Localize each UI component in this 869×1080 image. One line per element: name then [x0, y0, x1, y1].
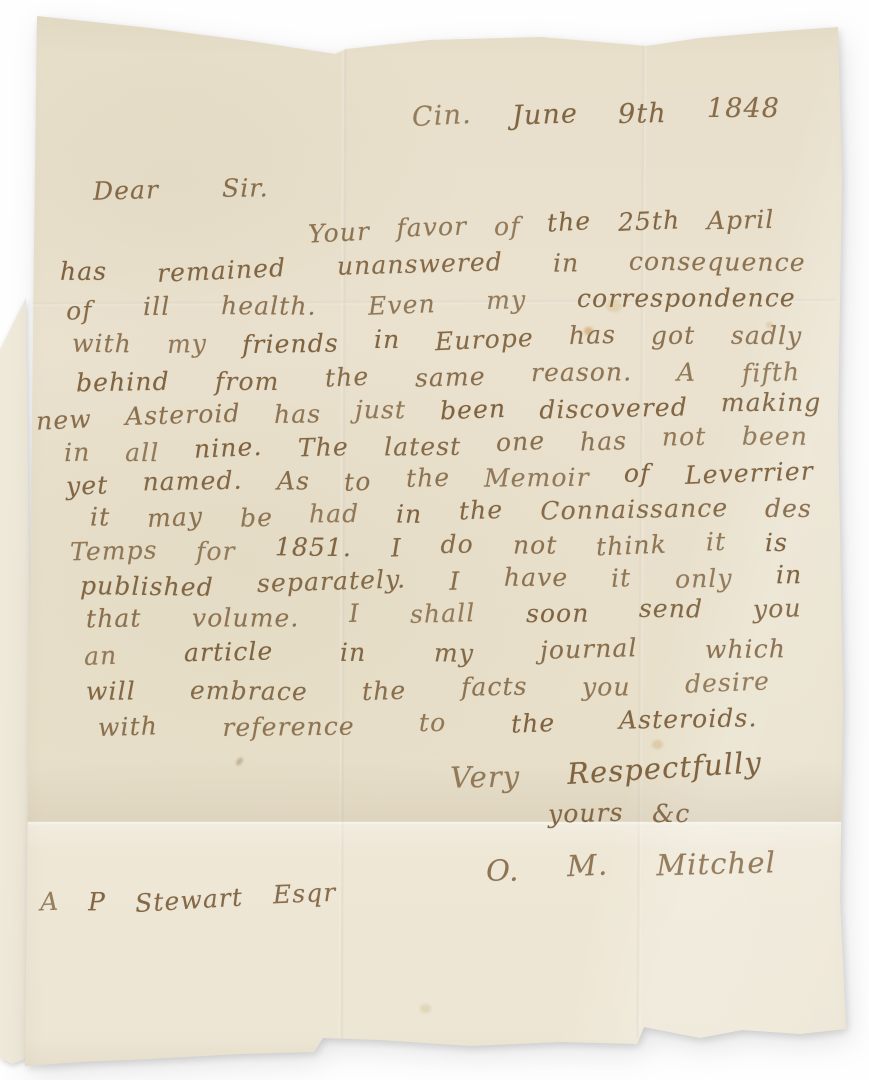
closing-line-2: yours&c: [548, 798, 690, 829]
letter-photograph: Cin.June9th1848DearSir.Yourfavorofthe25t…: [0, 0, 869, 1080]
letter-sheet: Cin.June9th1848DearSir.Yourfavorofthe25t…: [0, 0, 869, 1080]
addressee: APStewartEsqr: [40, 879, 337, 918]
body-line-15: withreferencetotheAsteroids.: [98, 706, 758, 742]
body-line-2: hasremainedunansweredinconsequence: [60, 244, 806, 287]
body-line-13: anarticleinmyjournalwhich: [84, 633, 786, 669]
body-line-9: itmaybehadintheConnaissancedes: [90, 492, 812, 534]
closing-line-1: VeryRespectfully: [450, 749, 763, 794]
body-line-14: willembracethefactsyoudesire: [86, 669, 770, 708]
body-line-10: Tempsfor1851.Idonotthinkitis: [70, 527, 788, 566]
salutation: DearSir.: [93, 171, 270, 206]
handwriting-layer: Cin.June9th1848DearSir.Yourfavorofthe25t…: [0, 0, 869, 1080]
letter-sheet-shadow: Cin.June9th1848DearSir.Yourfavorofthe25t…: [0, 0, 869, 1080]
signature: O.M.Mitchel: [486, 845, 777, 887]
body-line-1: Yourfavorofthe25thApril: [308, 203, 775, 247]
date-line: Cin.June9th1848: [412, 93, 781, 134]
body-line-4: withmyfriendsinEuropehasgotsadly: [72, 319, 802, 361]
